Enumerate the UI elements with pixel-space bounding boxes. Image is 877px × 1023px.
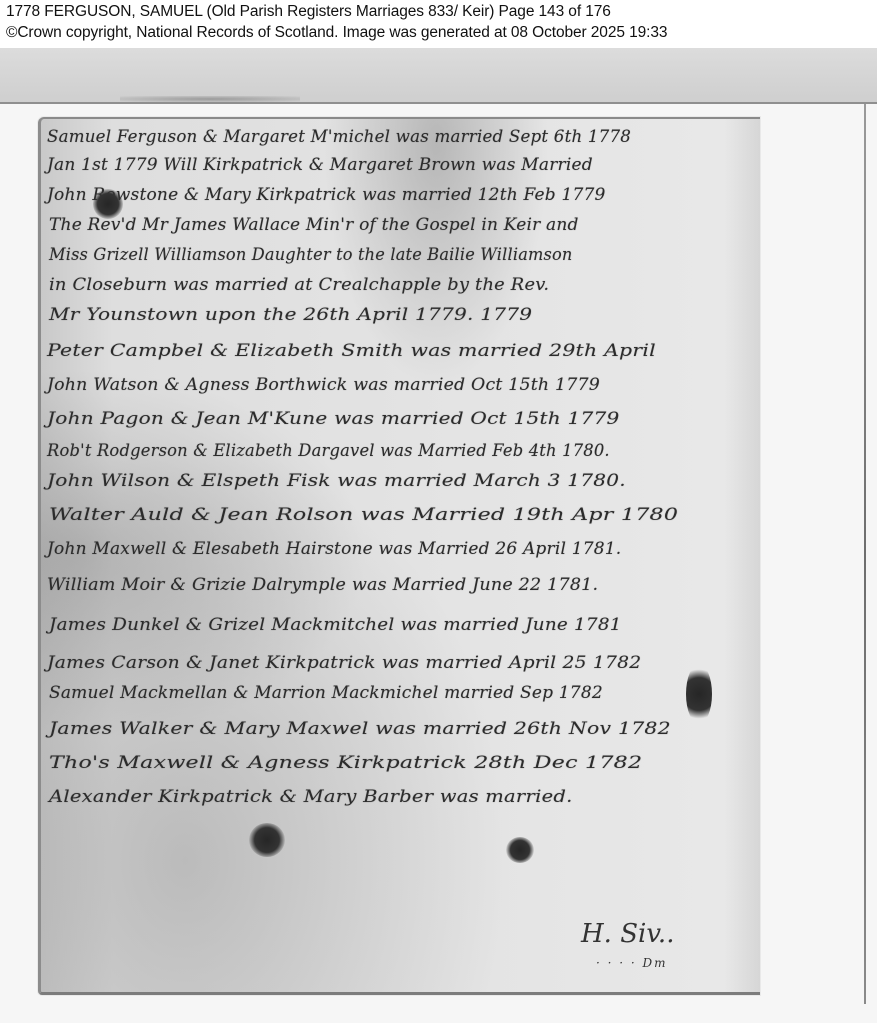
- register-page: Samuel Ferguson & Margaret M'michel was …: [38, 117, 760, 995]
- register-entry: Tho's Maxwell & Agness Kirkpatrick 28th …: [49, 753, 642, 773]
- register-entry: Peter Campbel & Elizabeth Smith was marr…: [47, 341, 656, 361]
- ink-blot: [93, 189, 123, 219]
- copyright-notice: ©Crown copyright, National Records of Sc…: [6, 24, 667, 42]
- register-entry: Rob't Rodgerson & Elizabeth Dargavel was…: [47, 441, 610, 461]
- register-entry: John Pagon & Jean M'Kune was married Oct…: [47, 409, 620, 429]
- register-entry: Mr Younstown upon the 26th April 1779. 1…: [49, 305, 532, 325]
- register-entry: John Rowstone & Mary Kirkpatrick was mar…: [47, 185, 606, 205]
- register-entry: Jan 1st 1779 Will Kirkpatrick & Margaret…: [47, 155, 593, 175]
- ink-blot: [249, 823, 285, 857]
- signature-mark: H. Siv..: [581, 919, 674, 949]
- register-entry: John Watson & Agness Borthwick was marri…: [47, 375, 600, 395]
- record-title: 1778 FERGUSON, SAMUEL (Old Parish Regist…: [6, 3, 611, 21]
- register-entry: Miss Grizell Williamson Daughter to the …: [49, 245, 573, 265]
- signature-subscript: · · · · Dm: [596, 956, 668, 970]
- register-entry: James Dunkel & Grizel Mackmitchel was ma…: [49, 615, 622, 635]
- register-entry: Samuel Mackmellan & Marrion Mackmichel m…: [49, 683, 603, 703]
- binding-edge: [864, 104, 866, 1004]
- register-entry: Alexander Kirkpatrick & Mary Barber was …: [49, 787, 573, 807]
- ink-blot: [506, 837, 534, 863]
- register-entry: in Closeburn was married at Crealchapple…: [49, 275, 549, 295]
- ink-blot: [686, 664, 712, 724]
- register-entry: John Maxwell & Elesabeth Hairstone was M…: [47, 539, 621, 559]
- scanned-image: Samuel Ferguson & Margaret M'michel was …: [0, 48, 877, 1023]
- image-header: 1778 FERGUSON, SAMUEL (Old Parish Regist…: [0, 0, 877, 48]
- register-entry: William Moir & Grizie Dalrymple was Marr…: [47, 575, 598, 595]
- register-entry: The Rev'd Mr James Wallace Min'r of the …: [49, 215, 579, 235]
- register-entry: James Walker & Mary Maxwel was married 2…: [49, 719, 671, 739]
- register-entry: Samuel Ferguson & Margaret M'michel was …: [47, 127, 631, 147]
- register-entry: James Carson & Janet Kirkpatrick was mar…: [47, 653, 641, 673]
- previous-page-edge: [0, 48, 877, 104]
- register-entry: Walter Auld & Jean Rolson was Married 19…: [49, 505, 678, 525]
- register-entry: John Wilson & Elspeth Fisk was married M…: [47, 471, 626, 491]
